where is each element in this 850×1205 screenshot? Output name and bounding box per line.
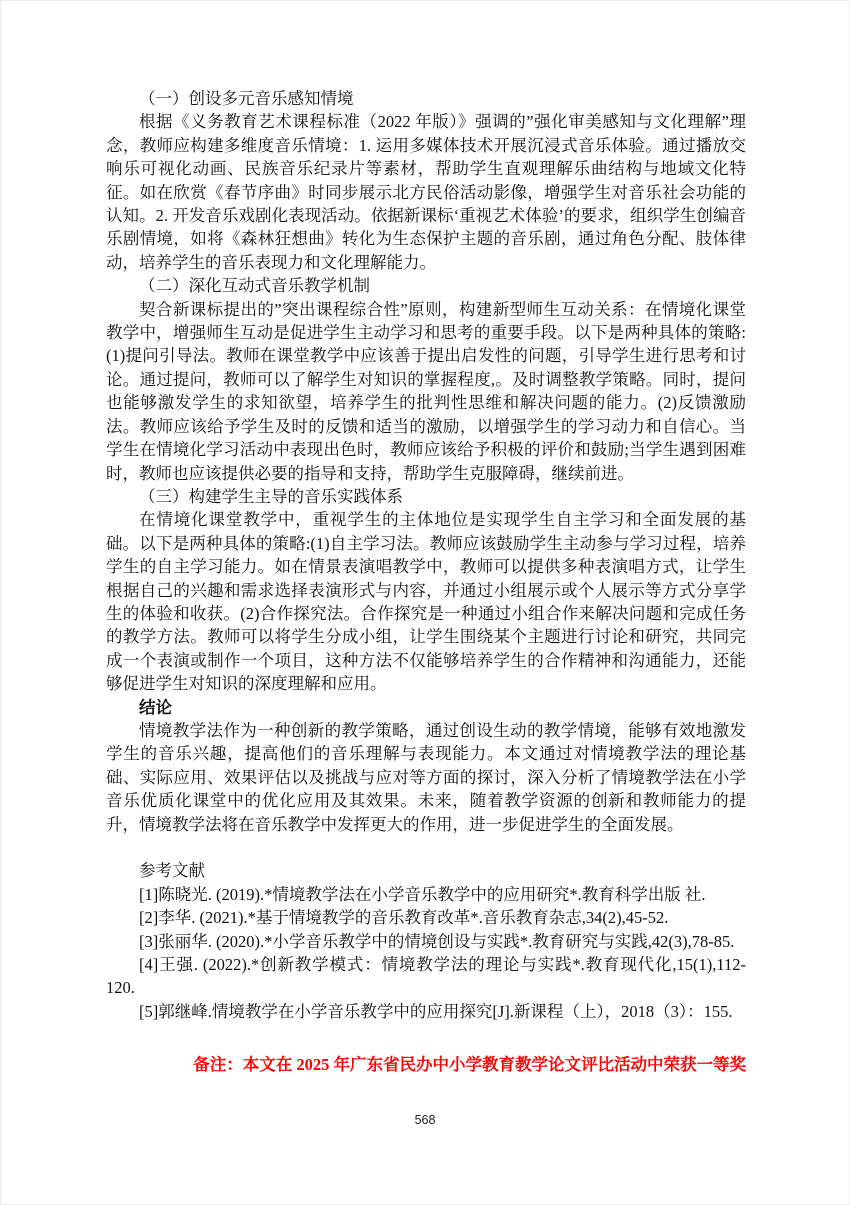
section-heading-3: （三）构建学生主导的音乐实践体系 bbox=[106, 485, 746, 508]
reference-item-3: [3]张丽华. (2020).*小学音乐教学中的情境创设与实践*.教育研究与实践… bbox=[106, 930, 746, 953]
award-note: 备注：本文在 2025 年广东省民办中小学教育教学论文评比活动中荣获一等奖 bbox=[106, 1053, 746, 1076]
section-heading-2: （二）深化互动式音乐教学机制 bbox=[106, 274, 746, 297]
conclusion-body: 情境教学法作为一种创新的教学策略，通过创设生动的教学情境，能够有效地激发学生的音… bbox=[106, 719, 746, 836]
reference-item-1: [1]陈晓光. (2019).*情境教学法在小学音乐教学中的应用研究*.教育科学… bbox=[106, 883, 746, 906]
references-title: 参考文献 bbox=[106, 859, 746, 882]
section-body-1: 根据《义务教育艺术课程标准（2022 年版）》强调的”强化审美感知与文化理解”理… bbox=[106, 110, 746, 274]
reference-item-5: [5]郭继峰.情境教学在小学音乐教学中的应用探究[J].新课程（上），2018（… bbox=[106, 1000, 746, 1023]
page-number: 568 bbox=[1, 1113, 849, 1127]
document-content: （一）创设多元音乐感知情境 根据《义务教育艺术课程标准（2022 年版）》强调的… bbox=[106, 87, 746, 1077]
section-body-3: 在情境化课堂教学中，重视学生的主体地位是实现学生自主学习和全面发展的基础。以下是… bbox=[106, 508, 746, 695]
document-page: （一）创设多元音乐感知情境 根据《义务教育艺术课程标准（2022 年版）》强调的… bbox=[0, 0, 850, 1205]
reference-item-4: [4]王强. (2022).*创新教学模式：情境教学法的理论与实践*.教育现代化… bbox=[106, 953, 746, 1000]
section-body-2: 契合新课标提出的”突出课程综合性”原则，构建新型师生互动关系：在情境化课堂教学中… bbox=[106, 298, 746, 485]
section-heading-1: （一）创设多元音乐感知情境 bbox=[106, 87, 746, 110]
reference-item-2: [2]李华. (2021).*基于情境教学的音乐教育改革*.音乐教育杂志,34(… bbox=[106, 906, 746, 929]
conclusion-heading: 结论 bbox=[106, 696, 746, 719]
